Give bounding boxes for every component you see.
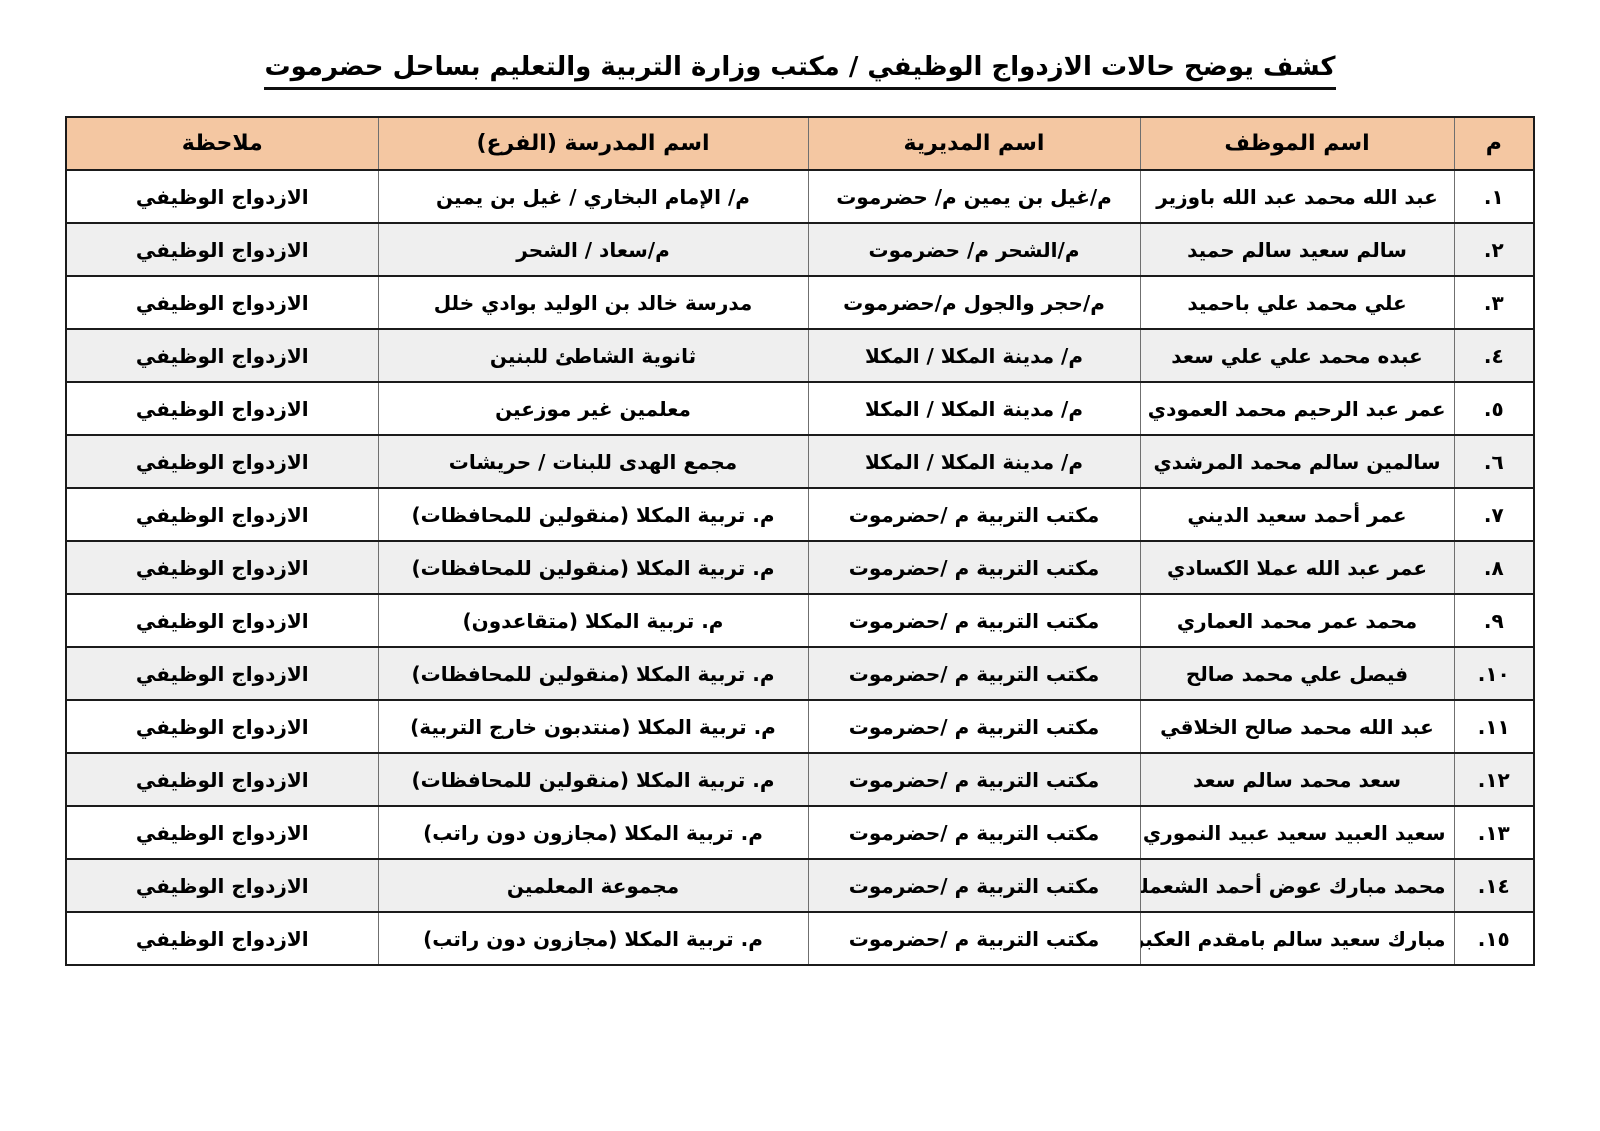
cell-directorate: م/الشحر م/ حضرموت: [808, 223, 1140, 276]
cell-note: الازدواج الوظيفي: [66, 647, 378, 700]
cell-note: الازدواج الوظيفي: [66, 806, 378, 859]
cell-school: م. تربية المكلا (منقولين للمحافظات): [378, 647, 808, 700]
cell-serial: ١٥.: [1454, 912, 1534, 965]
table-row: ١٢. سعد محمد سالم سعد مكتب التربية م /حض…: [66, 753, 1534, 806]
cell-school: م/ الإمام البخاري / غيل بن يمين: [378, 170, 808, 223]
cell-directorate: م/حجر والجول م/حضرموت: [808, 276, 1140, 329]
cell-note: الازدواج الوظيفي: [66, 541, 378, 594]
cell-note: الازدواج الوظيفي: [66, 488, 378, 541]
dual-employment-table: م اسم الموظف اسم المديرية اسم المدرسة (ا…: [65, 116, 1535, 966]
table-row: ١٣. سعيد العبيد سعيد عبيد النموري مكتب ا…: [66, 806, 1534, 859]
cell-school: م. تربية المكلا (منقولين للمحافظات): [378, 541, 808, 594]
cell-employee: عمر عبد الله عملا الكسادي: [1140, 541, 1454, 594]
cell-employee: عمر عبد الرحيم محمد العمودي: [1140, 382, 1454, 435]
cell-directorate: مكتب التربية م /حضرموت: [808, 594, 1140, 647]
cell-note: الازدواج الوظيفي: [66, 594, 378, 647]
header-row: م اسم الموظف اسم المديرية اسم المدرسة (ا…: [66, 117, 1534, 170]
cell-employee: فيصل علي محمد صالح: [1140, 647, 1454, 700]
table-row: ٣. علي محمد علي باحميد م/حجر والجول م/حض…: [66, 276, 1534, 329]
table-row: ١. عبد الله محمد عبد الله باوزير م/غيل ب…: [66, 170, 1534, 223]
header-note: ملاحظة: [66, 117, 378, 170]
header-directorate: اسم المديرية: [808, 117, 1140, 170]
table-row: ٢. سالم سعيد سالم حميد م/الشحر م/ حضرموت…: [66, 223, 1534, 276]
cell-employee: علي محمد علي باحميد: [1140, 276, 1454, 329]
cell-serial: ٨.: [1454, 541, 1534, 594]
cell-directorate: م/ مدينة المكلا / المكلا: [808, 435, 1140, 488]
cell-note: الازدواج الوظيفي: [66, 170, 378, 223]
cell-serial: ١٢.: [1454, 753, 1534, 806]
cell-note: الازدواج الوظيفي: [66, 859, 378, 912]
cell-directorate: مكتب التربية م /حضرموت: [808, 806, 1140, 859]
cell-note: الازدواج الوظيفي: [66, 329, 378, 382]
table-row: ١١. عبد الله محمد صالح الخلاقي مكتب التر…: [66, 700, 1534, 753]
table-row: ٩. محمد عمر محمد العماري مكتب التربية م …: [66, 594, 1534, 647]
cell-serial: ٦.: [1454, 435, 1534, 488]
cell-employee: سعد محمد سالم سعد: [1140, 753, 1454, 806]
title-area: كشف يوضح حالات الازدواج الوظيفي / مكتب و…: [0, 52, 1600, 90]
table-row: ١٥. مبارك سعيد سالم بامقدم العكبري مكتب …: [66, 912, 1534, 965]
cell-school: م. تربية المكلا (منقولين للمحافظات): [378, 753, 808, 806]
cell-school: م. تربية المكلا (مجازون دون راتب): [378, 806, 808, 859]
cell-school: م/سعاد / الشحر: [378, 223, 808, 276]
header-serial: م: [1454, 117, 1534, 170]
cell-school: م. تربية المكلا (مجازون دون راتب): [378, 912, 808, 965]
cell-school: م. تربية المكلا (متقاعدون): [378, 594, 808, 647]
cell-note: الازدواج الوظيفي: [66, 223, 378, 276]
cell-school: مدرسة خالد بن الوليد بوادي خلل: [378, 276, 808, 329]
table-row: ٥. عمر عبد الرحيم محمد العمودي م/ مدينة …: [66, 382, 1534, 435]
table-row: ٧. عمر أحمد سعيد الديني مكتب التربية م /…: [66, 488, 1534, 541]
cell-serial: ١٠.: [1454, 647, 1534, 700]
cell-employee: عمر أحمد سعيد الديني: [1140, 488, 1454, 541]
table-row: ٨. عمر عبد الله عملا الكسادي مكتب التربي…: [66, 541, 1534, 594]
cell-serial: ٩.: [1454, 594, 1534, 647]
cell-employee: محمد عمر محمد العماري: [1140, 594, 1454, 647]
cell-note: الازدواج الوظيفي: [66, 753, 378, 806]
header-school: اسم المدرسة (الفرع): [378, 117, 808, 170]
cell-employee: سعيد العبيد سعيد عبيد النموري: [1140, 806, 1454, 859]
cell-school: مجمع الهدى للبنات / حريشات: [378, 435, 808, 488]
cell-school: معلمين غير موزعين: [378, 382, 808, 435]
cell-school: م. تربية المكلا (منتدبون خارج التربية): [378, 700, 808, 753]
page-title: كشف يوضح حالات الازدواج الوظيفي / مكتب و…: [264, 52, 1335, 90]
cell-school: مجموعة المعلمين: [378, 859, 808, 912]
cell-employee: عبد الله محمد صالح الخلاقي: [1140, 700, 1454, 753]
cell-serial: ٣.: [1454, 276, 1534, 329]
cell-directorate: مكتب التربية م /حضرموت: [808, 488, 1140, 541]
cell-note: الازدواج الوظيفي: [66, 912, 378, 965]
cell-directorate: م/ مدينة المكلا / المكلا: [808, 329, 1140, 382]
cell-directorate: مكتب التربية م /حضرموت: [808, 541, 1140, 594]
table-row: ١٤. محمد مبارك عوض أحمد الشعملي مكتب الت…: [66, 859, 1534, 912]
header-employee: اسم الموظف: [1140, 117, 1454, 170]
cell-serial: ٢.: [1454, 223, 1534, 276]
cell-serial: ٤.: [1454, 329, 1534, 382]
table-row: ١٠. فيصل علي محمد صالح مكتب التربية م /ح…: [66, 647, 1534, 700]
cell-employee: محمد مبارك عوض أحمد الشعملي: [1140, 859, 1454, 912]
cell-directorate: مكتب التربية م /حضرموت: [808, 912, 1140, 965]
cell-serial: ١.: [1454, 170, 1534, 223]
cell-note: الازدواج الوظيفي: [66, 382, 378, 435]
cell-employee: سالمين سالم محمد المرشدي: [1140, 435, 1454, 488]
cell-serial: ٥.: [1454, 382, 1534, 435]
cell-directorate: مكتب التربية م /حضرموت: [808, 753, 1140, 806]
table-row: ٤. عبده محمد علي علي سعد م/ مدينة المكلا…: [66, 329, 1534, 382]
cell-note: الازدواج الوظيفي: [66, 435, 378, 488]
cell-directorate: م/غيل بن يمين م/ حضرموت: [808, 170, 1140, 223]
cell-school: م. تربية المكلا (منقولين للمحافظات): [378, 488, 808, 541]
table-row: ٦. سالمين سالم محمد المرشدي م/ مدينة الم…: [66, 435, 1534, 488]
cell-serial: ١١.: [1454, 700, 1534, 753]
cell-serial: ١٤.: [1454, 859, 1534, 912]
cell-directorate: مكتب التربية م /حضرموت: [808, 859, 1140, 912]
cell-employee: مبارك سعيد سالم بامقدم العكبري: [1140, 912, 1454, 965]
cell-note: الازدواج الوظيفي: [66, 700, 378, 753]
cell-employee: عبد الله محمد عبد الله باوزير: [1140, 170, 1454, 223]
cell-employee: عبده محمد علي علي سعد: [1140, 329, 1454, 382]
cell-school: ثانوية الشاطئ للبنين: [378, 329, 808, 382]
cell-directorate: م/ مدينة المكلا / المكلا: [808, 382, 1140, 435]
cell-note: الازدواج الوظيفي: [66, 276, 378, 329]
cell-serial: ٧.: [1454, 488, 1534, 541]
cell-employee: سالم سعيد سالم حميد: [1140, 223, 1454, 276]
cell-serial: ١٣.: [1454, 806, 1534, 859]
document-page: كشف يوضح حالات الازدواج الوظيفي / مكتب و…: [0, 0, 1600, 1131]
cell-directorate: مكتب التربية م /حضرموت: [808, 647, 1140, 700]
cell-directorate: مكتب التربية م /حضرموت: [808, 700, 1140, 753]
